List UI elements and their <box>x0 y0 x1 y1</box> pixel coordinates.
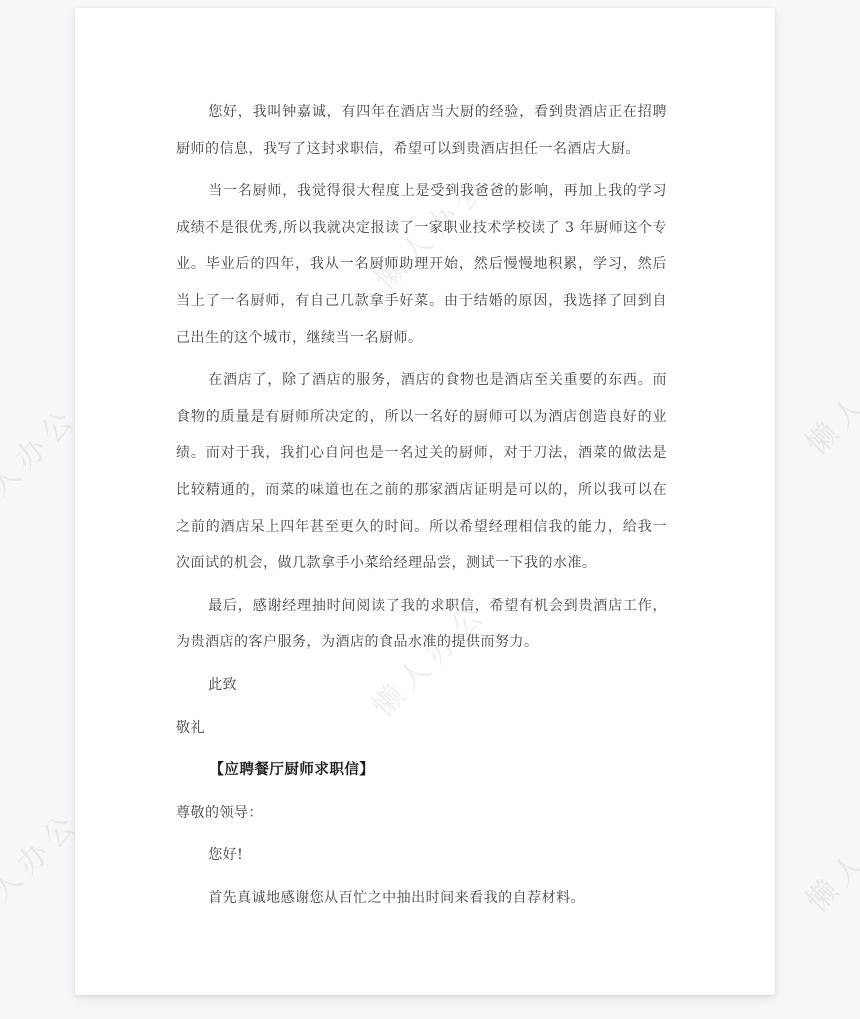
watermark-text: 懒人办公 <box>794 327 860 463</box>
closing-jingli: 敬礼 <box>176 710 667 747</box>
letter-paragraph-intro: 您好，我叫钟嘉诚，有四年在酒店当大厨的经验，看到贵酒店正在招聘厨师的信息，我写了… <box>176 94 667 167</box>
document-page: 您好，我叫钟嘉诚，有四年在酒店当大厨的经验，看到贵酒店正在招聘厨师的信息，我写了… <box>75 8 775 995</box>
letter-paragraph-thanks: 最后，感谢经理抽时间阅读了我的求职信，希望有机会到贵酒店工作，为贵酒店的客户服务… <box>176 588 667 661</box>
greeting: 您好! <box>176 837 667 874</box>
watermark-text: 懒人办公 <box>0 394 86 530</box>
letter-paragraph-background: 当一名厨师，我觉得很大程度上是受到我爸爸的影响，再加上我的学习成绩不是很优秀,所… <box>176 173 667 356</box>
salutation: 尊敬的领导： <box>176 795 667 832</box>
letter-body: 您好，我叫钟嘉诚，有四年在酒店当大厨的经验，看到贵酒店正在招聘厨师的信息，我写了… <box>75 8 775 916</box>
closing-cizhi: 此致 <box>176 667 667 704</box>
letter-paragraph-skills: 在酒店了，除了酒店的服务，酒店的食物也是酒店至关重要的东西。而食物的质量是有厨师… <box>176 362 667 582</box>
document-viewer: 您好，我叫钟嘉诚，有四年在酒店当大厨的经验，看到贵酒店正在招聘厨师的信息，我写了… <box>0 0 860 1019</box>
section-title: 【应聘餐厅厨师求职信】 <box>176 752 667 789</box>
watermark-text: 懒人办公 <box>794 784 860 920</box>
opening-line: 首先真诚地感谢您从百忙之中抽出时间来看我的自荐材料。 <box>176 880 667 917</box>
